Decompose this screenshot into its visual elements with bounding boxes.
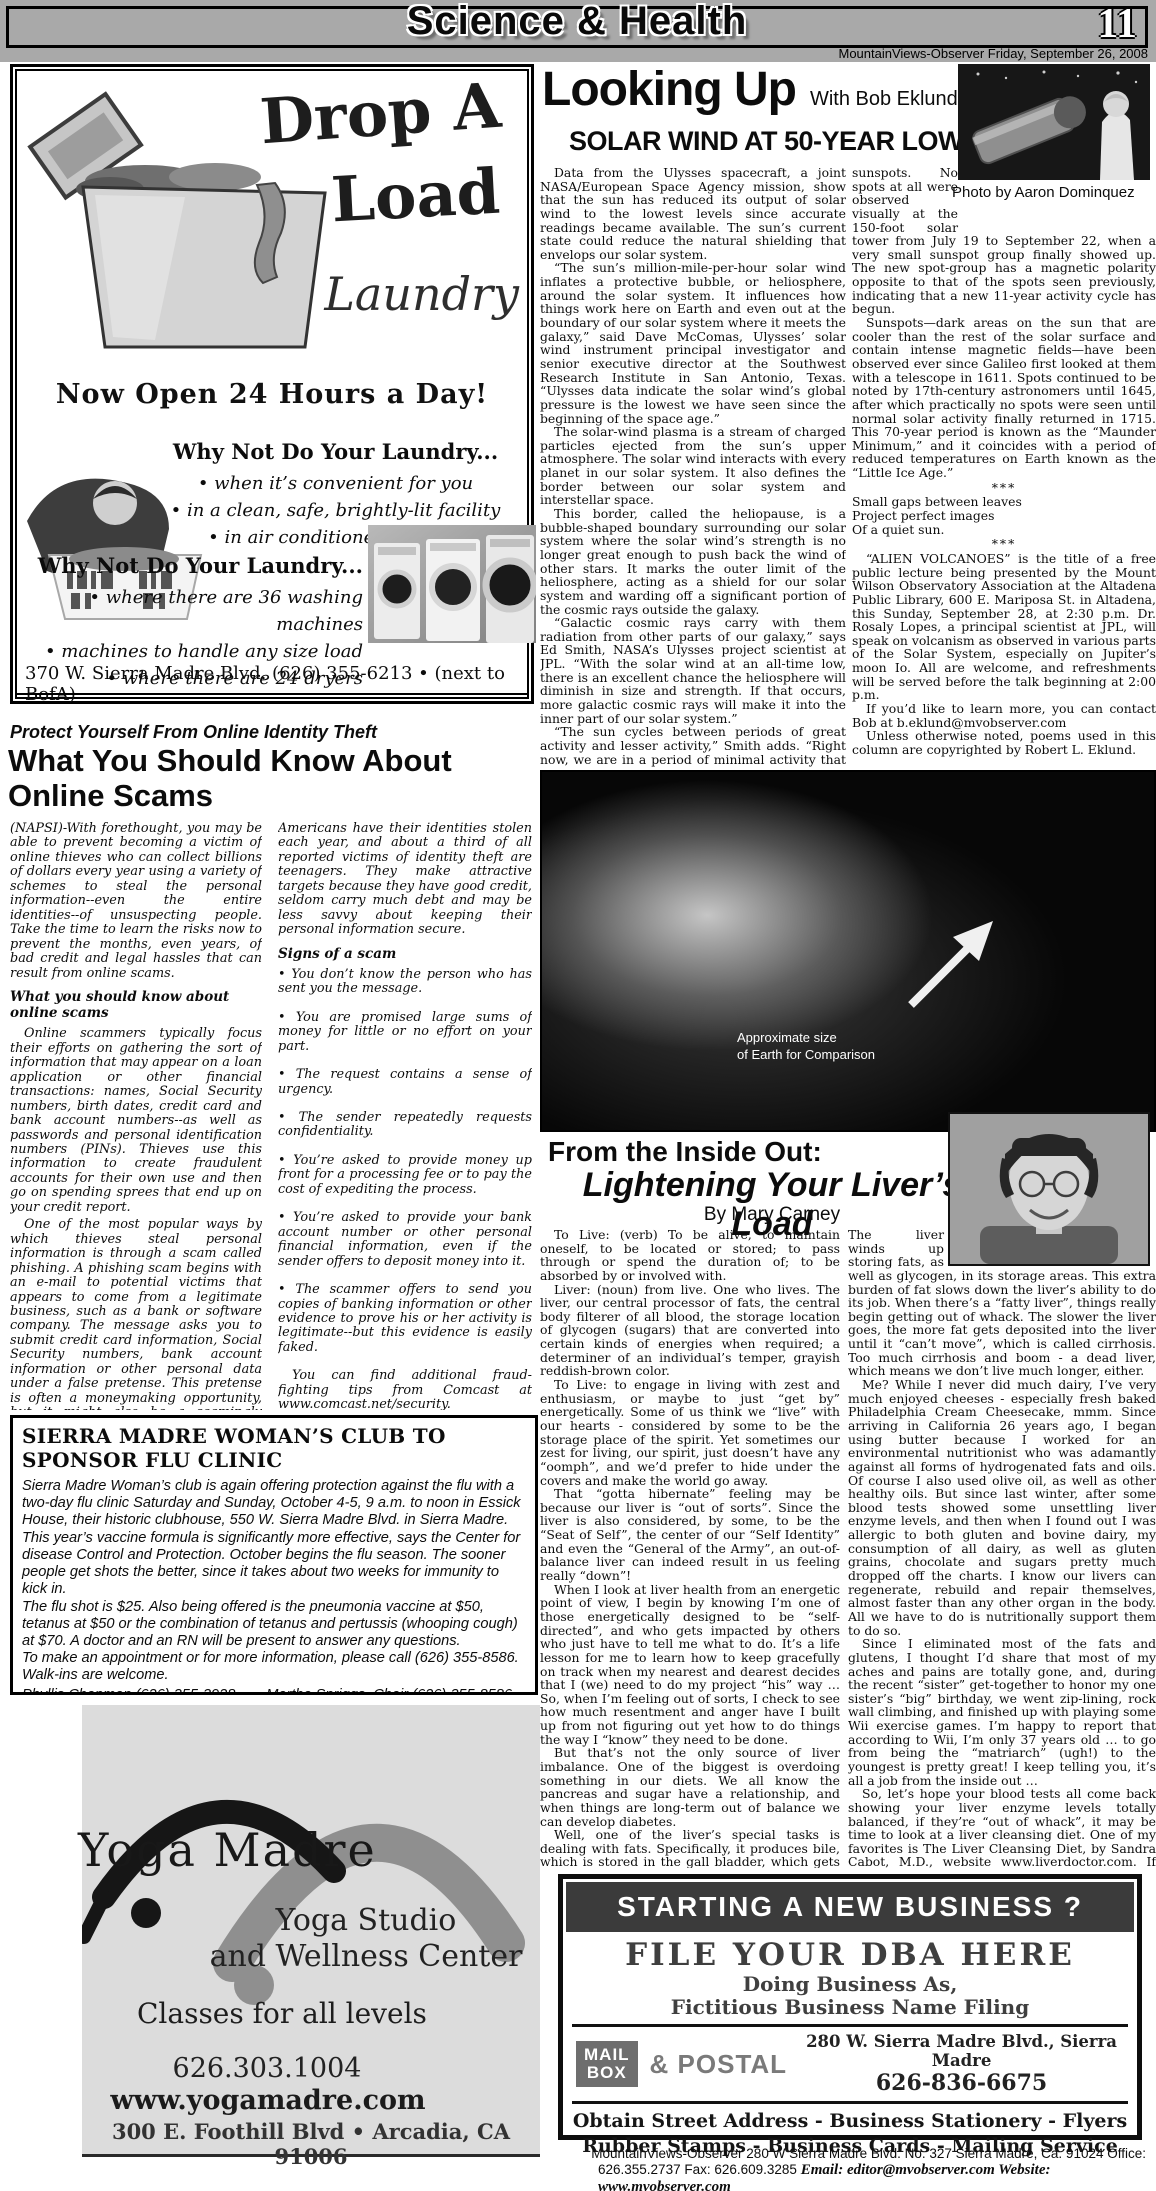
laundry-address: 370 W. Sierra Madre Blvd. (626) 355-6213… xyxy=(25,663,531,705)
laundry-ad: Drop A Load Laundry Now Open 24 Hours a … xyxy=(10,64,534,704)
article-paragraph: This border, called the heliopause, is a… xyxy=(540,507,846,616)
article-paragraph: “ALIEN VOLCANOES” is the title of a free… xyxy=(852,552,1156,702)
article-subhead: What you should know about online scams xyxy=(10,989,262,1021)
looking-up-headline: SOLAR WIND AT 50-YEAR LOW xyxy=(556,126,976,157)
dba-subline: Fictitious Business Name Filing xyxy=(566,1996,1134,2019)
dba-banner: STARTING A NEW BUSINESS ? xyxy=(566,1882,1134,1932)
masthead-box: Science & Health 11 xyxy=(6,6,1148,48)
looking-up-title: Looking Up xyxy=(542,63,796,116)
flu-paragraph: To make an appointment or for more infor… xyxy=(22,1650,526,1684)
yoga-subtitle: Yoga Studio and Wellness Center xyxy=(192,1903,540,1975)
article-paragraph: Me? While I never did much dairy, I’ve v… xyxy=(848,1378,1156,1637)
dba-contact-row: MAIL BOX & POSTAL 280 W. Sierra Madre Bl… xyxy=(566,2032,1134,2096)
laundry-bottom-rule xyxy=(17,693,527,695)
scams-headline: What You Should Know About Online Scams xyxy=(8,744,532,813)
haiku-poem: Small gaps between leaves Project perfec… xyxy=(852,495,1156,536)
dba-divider xyxy=(572,2101,1128,2104)
postal-label: & POSTAL xyxy=(650,2049,788,2080)
article-paragraph: Online scammers typically focus their ef… xyxy=(10,1027,262,1215)
laundry-open-line: Now Open 24 Hours a Day! xyxy=(13,379,531,410)
footer-line-1: MountainViews-Observer 280 W Sierra Madr… xyxy=(591,2146,1146,2161)
laundry-bullet: • where there are 36 washing machines xyxy=(28,584,363,638)
yoga-name: Yoga Madre xyxy=(78,1823,377,1877)
looking-up-column-2: sunspots. No spots at all were observed … xyxy=(852,166,1156,768)
flu-contacts: Phyllis Chapman (626) 355-3928 Martha Sp… xyxy=(22,1687,526,1695)
article-paragraph: Since I eliminated most of the fats and … xyxy=(848,1637,1156,1787)
laundry-logo-word: Laundry xyxy=(253,267,519,321)
scam-sign-bullet: • You’re asked to provide money up front… xyxy=(278,1154,532,1197)
article-subhead: Signs of a scam xyxy=(278,946,532,962)
laundry-bullet: • machines to handle any size load xyxy=(28,638,363,665)
photo-wrap-spacer xyxy=(944,1228,1156,1268)
laundry-logo-line2: Load xyxy=(306,153,525,237)
yoga-address: 300 E. Foothill Blvd • Arcadia, CA 91006 xyxy=(82,2119,540,2169)
flu-contact-left: Phyllis Chapman (626) 355-3928 xyxy=(22,1687,235,1695)
haiku-line: Of a quiet sun. xyxy=(852,523,1156,537)
scam-sign-bullet: • You’re asked to provide your bank acco… xyxy=(278,1211,532,1269)
flu-paragraph: This year’s vaccine formula is significa… xyxy=(22,1530,526,1599)
dba-phone: 626-836-6675 xyxy=(799,2070,1124,2096)
scam-sign-bullet: • The scammer offers to send you copies … xyxy=(278,1283,532,1355)
flu-paragraph: Sierra Madre Woman’s club is again offer… xyxy=(22,1478,526,1530)
article-paragraph: To Live: to engage in living with zest a… xyxy=(540,1378,840,1487)
article-paragraph: When I look at liver health from an ener… xyxy=(540,1583,840,1747)
article-paragraph: Liver: (noun) from live. One who lives. … xyxy=(540,1283,840,1378)
article-paragraph: “Galactic cosmic rays carry with them ra… xyxy=(540,616,846,725)
article-paragraph: Sunspots—dark areas on the sun that are … xyxy=(852,316,1156,480)
asterisk-separator: *** xyxy=(852,537,1156,551)
photo-wrap-spacer xyxy=(958,166,1156,232)
article-paragraph: “The sun’s million-mile-per-hour solar w… xyxy=(540,261,846,425)
footer-line-2: 626.355.2737 Fax: 626.609.3285 Email: ed… xyxy=(598,2162,1156,2191)
washing-machines-photo xyxy=(368,525,536,643)
scams-column-2: Americans have their identities stolen e… xyxy=(278,822,532,1410)
article-paragraph: Americans have their identities stolen e… xyxy=(278,822,532,938)
earth-comparison-caption: Approximate size of Earth for Comparison xyxy=(737,1030,875,1064)
dateline: MountainViews-Observer Friday, September… xyxy=(838,46,1148,61)
scam-sign-bullet: • The request contains a sense of urgenc… xyxy=(278,1068,532,1097)
asterisk-separator: *** xyxy=(852,481,1156,495)
solar-corona-photo: Approximate size of Earth for Comparison xyxy=(540,770,1156,1132)
article-paragraph: To Live: (verb) To be alive, to maintain… xyxy=(540,1228,840,1283)
looking-up-title-row: Looking Up With Bob Eklund xyxy=(542,62,958,117)
looking-up-column-1: Data from the Ulysses spacecraft, a join… xyxy=(540,166,846,768)
haiku-line: Small gaps between leaves xyxy=(852,495,1156,509)
scams-kicker: Protect Yourself From Online Identity Th… xyxy=(10,722,377,743)
newspaper-page: Science & Health 11 MountainViews-Observ… xyxy=(0,0,1156,2191)
flu-headline: SIERRA MADRE WOMAN’S CLUB TO SPONSOR FLU… xyxy=(22,1424,526,1472)
mailbox-postal-logo: MAIL BOX xyxy=(576,2041,638,2087)
dba-contact-block: 280 W. Sierra Madre Blvd., Sierra Madre … xyxy=(799,2032,1124,2096)
dba-divider xyxy=(572,2024,1128,2027)
telescope-photo xyxy=(958,64,1150,180)
laundry-why-title: Why Not Do Your Laundry... xyxy=(28,553,363,578)
dba-headline: FILE YOUR DBA HERE xyxy=(566,1937,1134,1973)
scam-sign-bullet: • You don’t know the person who has sent… xyxy=(278,968,532,997)
article-paragraph: (NAPSI)-With forethought, you may be abl… xyxy=(10,822,262,981)
article-paragraph: The solar-wind plasma is a stream of cha… xyxy=(540,425,846,507)
scam-sign-bullet: • The sender repeatedly requests confide… xyxy=(278,1111,532,1140)
scams-column-1: (NAPSI)-With forethought, you may be abl… xyxy=(10,822,262,1410)
flu-paragraph: The flu shot is $25. Also being offered … xyxy=(22,1599,526,1651)
article-paragraph: If you’d like to learn more, you can con… xyxy=(852,702,1156,729)
liver-byline: By Mary Carney xyxy=(552,1204,992,1226)
liver-column-1: To Live: (verb) To be alive, to maintain… xyxy=(540,1228,840,1868)
article-paragraph: “The sun cycles between periods of great… xyxy=(540,725,846,768)
article-paragraph: One of the most popular ways by which th… xyxy=(10,1218,262,1410)
scam-sign-bullet: • You are promised large sums of money f… xyxy=(278,1011,532,1054)
article-paragraph: Well, one of the liver’s special tasks i… xyxy=(540,1828,840,1868)
dba-subline: Doing Business As, xyxy=(566,1973,1134,1996)
article-paragraph: That “gotta hibernate” feeling may be be… xyxy=(540,1487,840,1582)
looking-up-byline: With Bob Eklund xyxy=(810,88,958,110)
footer-phone-fax: 626.355.2737 Fax: 626.609.3285 xyxy=(598,2162,797,2177)
flu-clinic-box: SIERRA MADRE WOMAN’S CLUB TO SPONSOR FLU… xyxy=(10,1415,538,1695)
dba-filing-ad: STARTING A NEW BUSINESS ? FILE YOUR DBA … xyxy=(558,1874,1142,2140)
flu-contact-right: Martha Spriggs, Chair (626) 355-8586 xyxy=(266,1687,512,1695)
masthead: Science & Health 11 MountainViews-Observ… xyxy=(0,0,1156,62)
page-number: 11 xyxy=(1097,0,1137,48)
liver-kicker: From the Inside Out: xyxy=(548,1136,822,1168)
yoga-website: www.yogamadre.com xyxy=(96,2085,440,2116)
haiku-line: Project perfect images xyxy=(852,509,1156,523)
laundry-logo-line1: Drop A xyxy=(236,67,525,160)
liver-column-2: The liver winds up storing fats, as well… xyxy=(848,1228,1156,1868)
article-paragraph: You can find additional fraud-fighting t… xyxy=(278,1369,532,1410)
yoga-classes-line: Classes for all levels xyxy=(137,1997,427,2030)
article-paragraph: But that’s not the only source of liver … xyxy=(540,1746,840,1828)
yoga-madre-ad: Yoga Madre Yoga Studio and Wellness Cent… xyxy=(82,1705,540,2157)
article-paragraph: So, let’s hope your blood tests all come… xyxy=(848,1787,1156,1868)
article-paragraph: Unless otherwise noted, poems used in th… xyxy=(852,729,1156,756)
article-paragraph: Data from the Ulysses spacecraft, a join… xyxy=(540,166,846,261)
section-title: Science & Health xyxy=(9,0,1145,44)
dba-address: 280 W. Sierra Madre Blvd., Sierra Madre xyxy=(799,2032,1124,2070)
earth-size-arrow-icon xyxy=(897,907,1007,1017)
yoga-phone: 626.303.1004 xyxy=(112,2053,422,2084)
